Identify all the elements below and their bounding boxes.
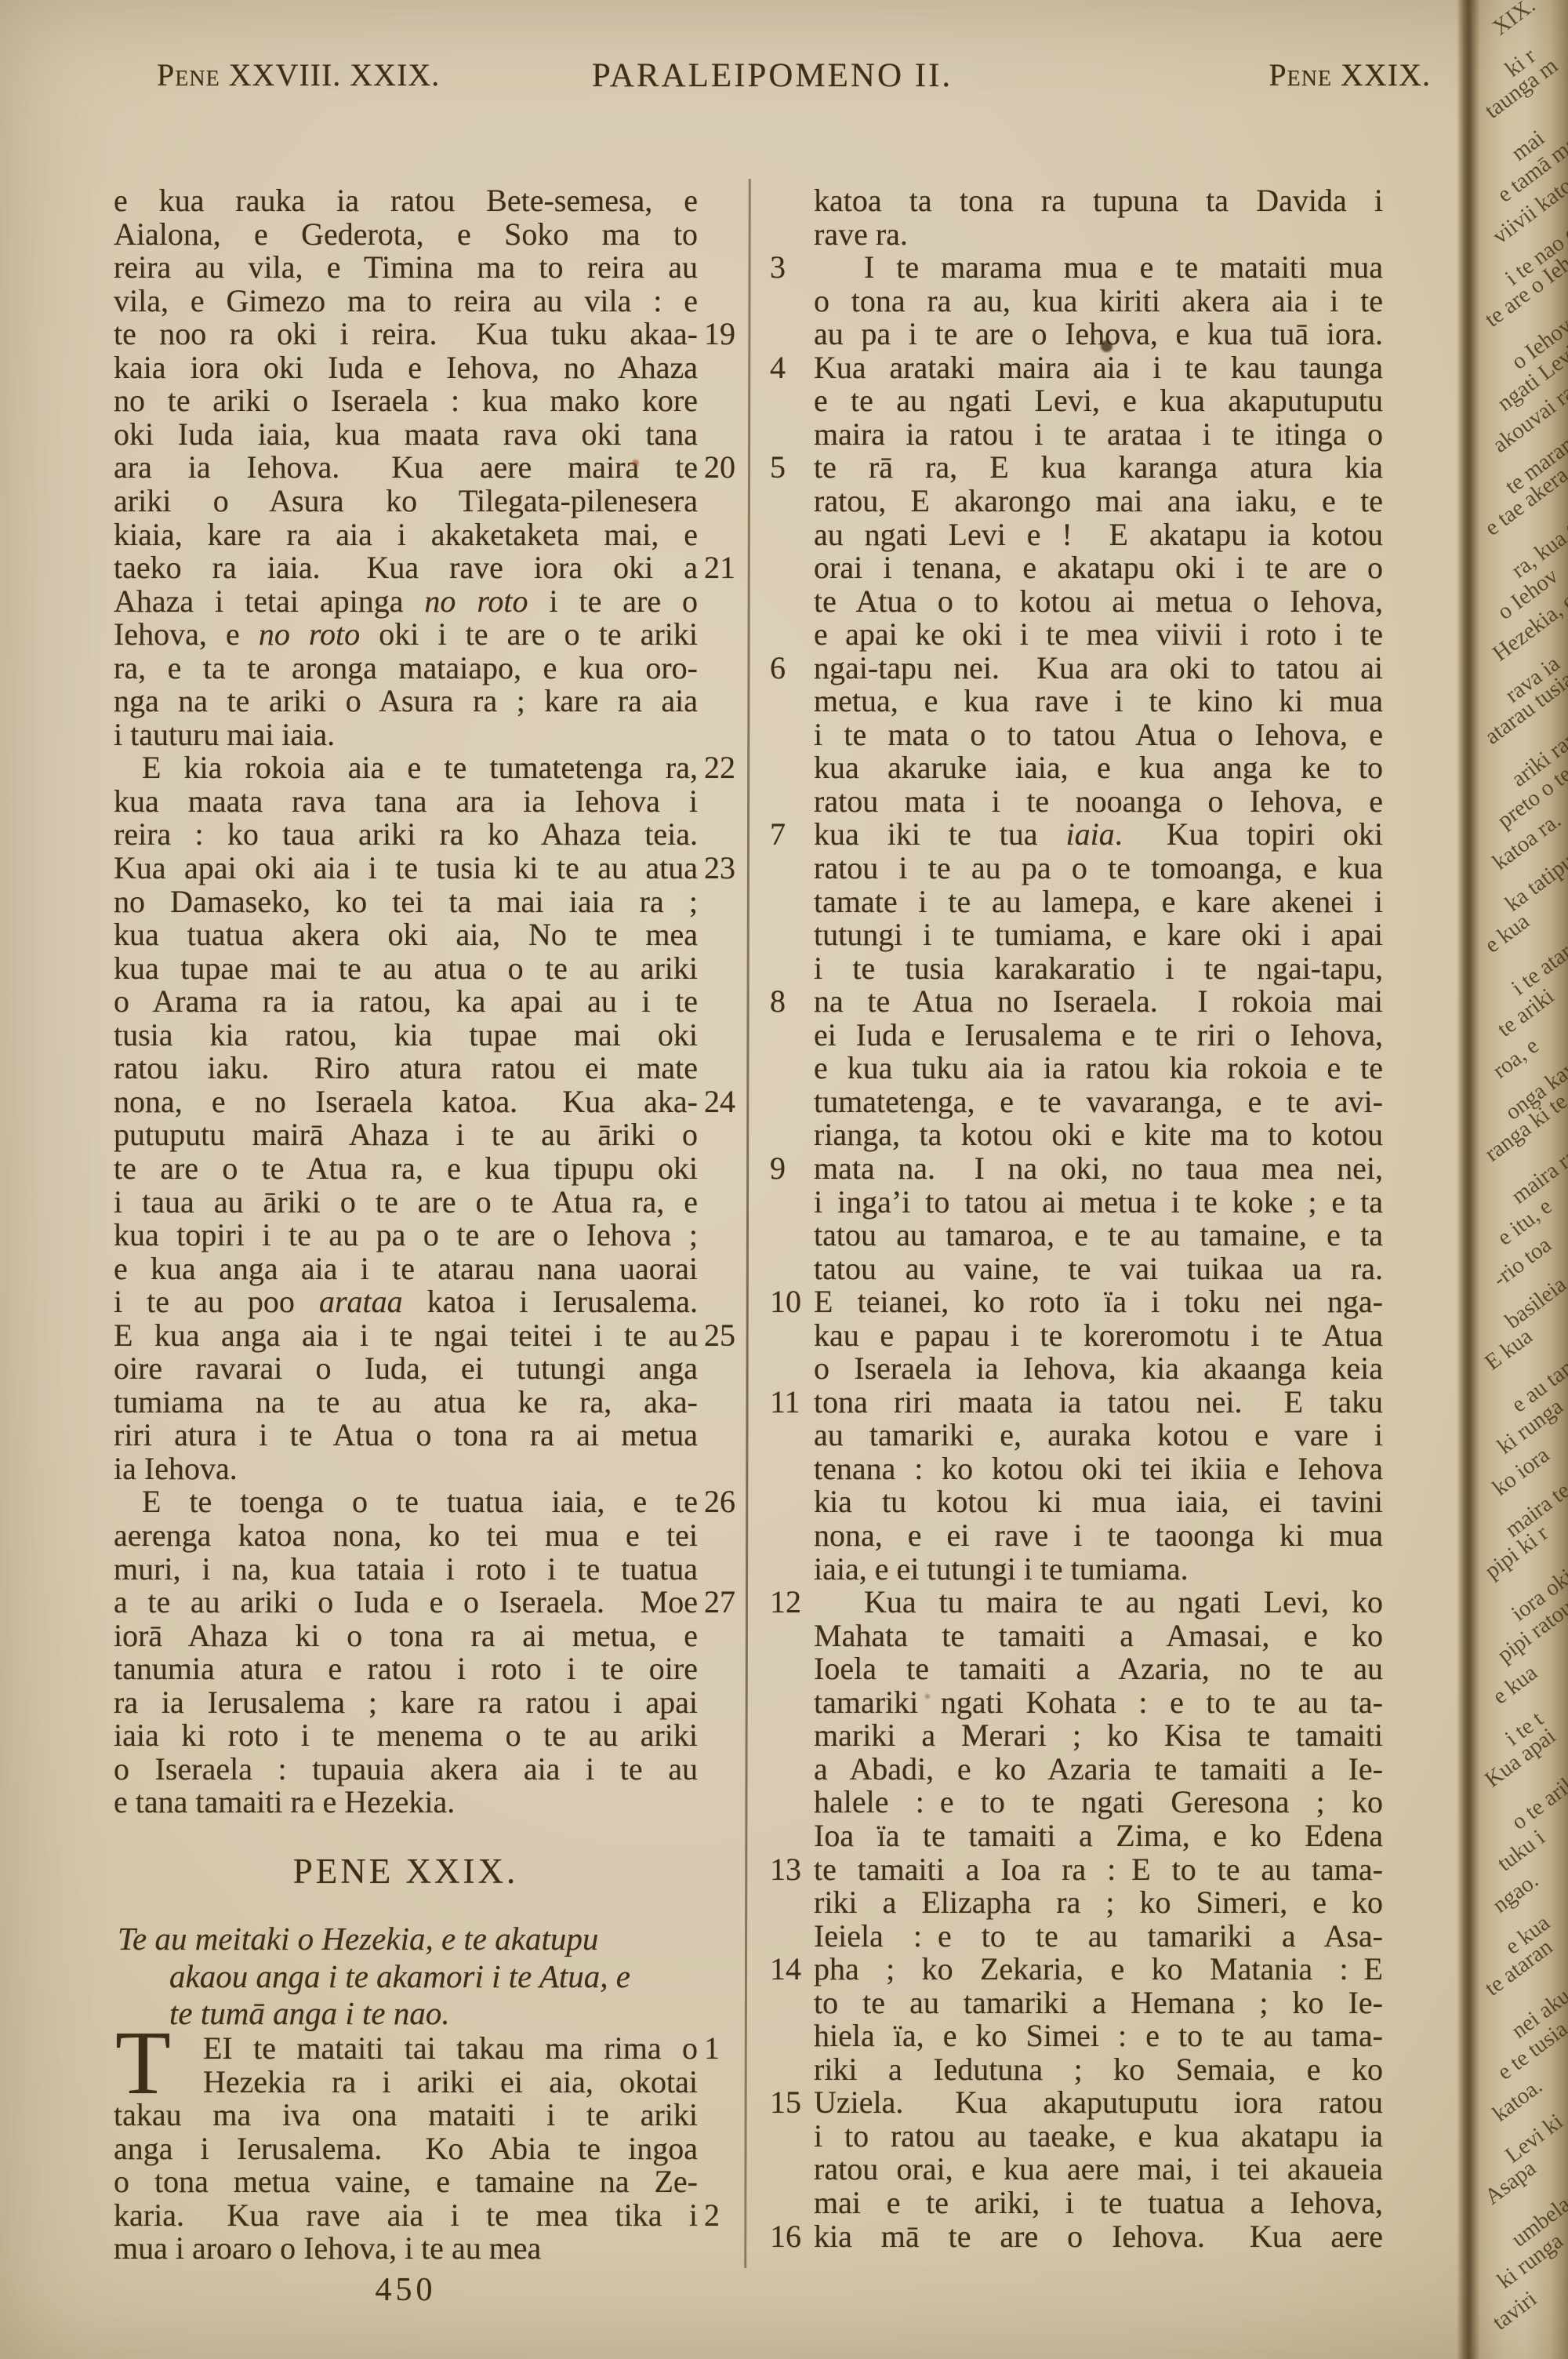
plain-text: a te au ariki o Iuda e o Iseraela. Moe bbox=[114, 1584, 698, 1619]
text-line: o Arama ra ia ratou, ka apai au i te bbox=[114, 983, 698, 1020]
plain-text: rave ra. bbox=[814, 216, 908, 252]
plain-text: ratou iaku. Riro atura ratou ei mate bbox=[114, 1050, 698, 1085]
plain-text: tanumia atura e ratou i roto i te oire bbox=[114, 1651, 698, 1686]
text-line: ra ia Ierusalema ; kare ra ratou i apai bbox=[114, 1684, 698, 1721]
plain-text: e tana tamaiti ra e Hezekia. bbox=[114, 1784, 455, 1819]
text-line: karia. Kua rave aia i te mea tika i2 bbox=[114, 2197, 698, 2234]
page-edge-fragment: taviri bbox=[1488, 2286, 1542, 2335]
plain-text: Uziela. Kua akaputuputu iora ratou bbox=[814, 2085, 1383, 2120]
verse-number: 3 bbox=[770, 249, 806, 285]
plain-text: te Atua o to kotou ai metua o Iehova, bbox=[814, 583, 1383, 619]
plain-text: kia tu kotou ki mua iaia, ei tavini bbox=[814, 1484, 1383, 1519]
plain-text: halele : e to te ngati Geresona ; ko bbox=[814, 1784, 1383, 1819]
plain-text: mua i aroaro o Iehova, i te au mea bbox=[114, 2230, 541, 2266]
verse-number: 20 bbox=[704, 449, 746, 485]
plain-text: reira : ko taua ariki ra ko Ahaza teia. bbox=[114, 816, 698, 852]
plain-text: EI te mataiti tai takau ma rima o bbox=[203, 2030, 698, 2066]
plain-text: metua, e kua rave i te kino ki mua bbox=[814, 683, 1383, 718]
text-line: kua topiri i te au pa o te are o Iehova … bbox=[114, 1216, 698, 1253]
plain-text: tatou au vaine, te vai tuikaa ua ra. bbox=[814, 1251, 1383, 1286]
text-line: a Abadi, e ko Azaria te tamaiti a Ie- bbox=[814, 1750, 1383, 1787]
text-line: mariki a Merari ; ko Kisa te tamaiti bbox=[814, 1717, 1383, 1754]
plain-text: tumiama na te au atua ke ra, aka- bbox=[114, 1384, 698, 1419]
text-line: halele : e to te ngati Geresona ; ko bbox=[814, 1783, 1383, 1820]
plain-text: i tauturu mai iaia. bbox=[114, 717, 335, 752]
plain-text: orai i tenana, e akatapu oki i te are o bbox=[814, 550, 1383, 585]
plain-text: anga i Ierusalema. Ko Abia te ingoa bbox=[114, 2131, 698, 2166]
text-line: nona, e ei rave i te taoonga ki mua bbox=[814, 1517, 1383, 1554]
verse-number: 25 bbox=[704, 1317, 746, 1354]
text-line: pha ; ko Zekaria, e ko Matania : E14 bbox=[814, 1950, 1383, 1987]
verse-number: 6 bbox=[770, 649, 806, 686]
plain-text: taeko ra iaia. Kua rave iora oki a bbox=[114, 550, 698, 585]
plain-text: ratou orai, e kua aere mai, i tei akauei… bbox=[814, 2151, 1383, 2186]
text-line: tumiama na te au atua ke ra, aka- bbox=[114, 1383, 698, 1420]
plain-text: iaia, e ei tutungi i te tumiama. bbox=[814, 1551, 1189, 1587]
plain-text: maira ia ratou i te arataa i te itinga o bbox=[814, 416, 1383, 452]
plain-text: e kua anga aia i te atarau nana uaorai bbox=[114, 1251, 698, 1286]
plain-text: Ieiela : e to te au tamariki a Asa- bbox=[814, 1918, 1383, 1954]
text-line: tamate i te au lamepa, e kare akenei i bbox=[814, 883, 1383, 920]
text-line: Ieiela : e to te au tamariki a Asa- bbox=[814, 1917, 1383, 1954]
text-line: taeko ra iaia. Kua rave iora oki a21 bbox=[114, 549, 698, 586]
plain-text: o tona metua vaine, e tamaine na Ze- bbox=[114, 2164, 698, 2199]
text-line: E teianei, ko roto ïa i toku nei nga-10 bbox=[814, 1283, 1383, 1320]
text-line: no te ariki o Iseraela : kua mako kore bbox=[114, 382, 698, 419]
verse-number: 4 bbox=[770, 349, 806, 386]
text-line: mata na. I na oki, no taua mea nei,9 bbox=[814, 1150, 1383, 1187]
text-line: au tamariki e, auraka kotou e vare i bbox=[814, 1416, 1383, 1453]
text-line: oire ravarai o Iuda, ei tutungi anga bbox=[114, 1350, 698, 1387]
chapter-summary-line: te tumā anga i te nao. bbox=[169, 1994, 765, 2032]
text-line: o Iseraela ia Iehova, kia akaanga keia bbox=[814, 1350, 1383, 1387]
plain-text: kua topiri i te au pa o te are o Iehova … bbox=[114, 1217, 698, 1252]
verse-number: 19 bbox=[704, 315, 746, 352]
plain-text: kua tupae mai te au atua o te au ariki bbox=[114, 951, 698, 986]
plain-text: katoa i Ierusalema. bbox=[403, 1284, 698, 1319]
verse-number: 14 bbox=[770, 1950, 806, 1987]
plain-text: Iehova, e bbox=[114, 616, 259, 652]
page-edge-fragment: E kua bbox=[1480, 1324, 1537, 1376]
ink-blot bbox=[632, 460, 639, 467]
plain-text: Kua tu maira te au ngati Levi, ko bbox=[864, 1584, 1383, 1619]
text-line: metua, e kua rave i te kino ki mua bbox=[814, 682, 1383, 719]
text-line: ratou mata i te nooanga o Iehova, e bbox=[814, 783, 1383, 820]
text-line: kau e papau i te koreromotu i te Atua bbox=[814, 1317, 1383, 1354]
verse-number: 26 bbox=[704, 1483, 746, 1520]
plain-text: pha ; ko Zekaria, e ko Matania : E bbox=[814, 1951, 1383, 1986]
text-line: ratou, E akarongo mai ana iaku, e te bbox=[814, 482, 1383, 519]
plain-text: i te mata o to tatou Atua o Iehova, e bbox=[814, 717, 1383, 752]
text-line: tutungi i te tumiama, e kare oki i apai bbox=[814, 916, 1383, 953]
chapter-summary-line: Te au meitaki o Hezekia, e te akatupu bbox=[118, 1920, 713, 1957]
plain-text: ra ia Ierusalema ; kare ra ratou i apai bbox=[114, 1685, 698, 1720]
text-line: o Iseraela : tupauia akera aia i te au bbox=[114, 1750, 698, 1787]
verse-number: 11 bbox=[770, 1383, 806, 1420]
text-line: kua akaruke iaia, e kua anga ke to bbox=[814, 749, 1383, 786]
text-line: tatou au tamaroa, e te au tamaine, e ta bbox=[814, 1216, 1383, 1253]
text-line: rave ra. bbox=[814, 216, 1383, 253]
text-line: Hezekia ra i ariki ei aia, okotai bbox=[114, 2063, 698, 2100]
text-line: au ngati Levi e ! E akatapu ia kotou bbox=[814, 516, 1383, 553]
plain-text: Ahaza i tetai apinga bbox=[114, 583, 424, 619]
page-edge-fragment: e kua bbox=[1480, 909, 1534, 959]
text-line: kaia iora oki Iuda e Iehova, no Ahaza bbox=[114, 349, 698, 386]
italic-text: no roto bbox=[259, 616, 360, 652]
text-line: Ioa ïa te tamaiti a Zima, e ko Edena bbox=[814, 1817, 1383, 1854]
text-line: orai i tenana, e akatapu oki i te are o bbox=[814, 549, 1383, 586]
verse-number: 8 bbox=[770, 983, 806, 1020]
text-line: muri, i na, kua tataia i roto i te tuatu… bbox=[114, 1550, 698, 1587]
plain-text: kaia iora oki Iuda e Iehova, no Ahaza bbox=[114, 350, 698, 385]
text-line: ariki o Asura ko Tilegata-pilenesera bbox=[114, 482, 698, 519]
text-line: tenana : ko kotou oki tei ikiia e Iehova bbox=[814, 1450, 1383, 1487]
ink-blot bbox=[925, 1694, 930, 1699]
page-edge-fragment: ngao. bbox=[1488, 1868, 1544, 1919]
italic-text: arataa bbox=[319, 1284, 403, 1319]
text-line: ratou i te au pa o te tomoanga, e kua bbox=[814, 849, 1383, 886]
text-line: to te au tamariki a Hemana ; ko Ie- bbox=[814, 1984, 1383, 2021]
plain-text: au ngati Levi e ! E akatapu ia kotou bbox=[814, 517, 1383, 552]
text-line: Mahata te tamaiti a Amasai, e ko bbox=[814, 1617, 1383, 1654]
text-line: tatou au vaine, te vai tuikaa ua ra. bbox=[814, 1250, 1383, 1287]
text-line: mua i aroaro o Iehova, i te au mea bbox=[114, 2230, 698, 2266]
text-line: hiela ïa, e ko Simei : e to te au tama- bbox=[814, 2017, 1383, 2054]
text-line: na te Atua no Iseraela. I rokoia mai8 bbox=[814, 983, 1383, 1020]
plain-text: iaia ki roto i te menema o te au ariki bbox=[114, 1717, 698, 1753]
text-line: E kia rokoia aia e te tumatetenga ra,22 bbox=[114, 749, 698, 786]
page-edge-fragment: Asapa bbox=[1480, 2156, 1541, 2211]
running-head-right: Pene XXIX. bbox=[1269, 56, 1431, 93]
text-line: e tana tamaiti ra e Hezekia. bbox=[114, 1783, 698, 1820]
text-line: te rā ra, E kua karanga atura kia5 bbox=[814, 449, 1383, 485]
plain-text: i te tusia karakaratio i te ngai-tapu, bbox=[814, 951, 1383, 986]
plain-text: ariki o Asura ko Tilegata-pilenesera bbox=[114, 483, 698, 518]
verse-number: 5 bbox=[770, 449, 806, 485]
text-line: kua maata rava tana ara ia Iehova i bbox=[114, 783, 698, 820]
page-edge-fragment: roa, e bbox=[1488, 1033, 1544, 1084]
text-line: kiaia, kare ra aia i akaketaketa mai, e bbox=[114, 516, 698, 553]
plain-text: e apai ke oki i te mea viivii i roto i t… bbox=[814, 616, 1383, 652]
verse-number: 23 bbox=[704, 849, 746, 886]
plain-text: tamate i te au lamepa, e kare akenei i bbox=[814, 884, 1383, 919]
page-number: 450 bbox=[114, 2271, 698, 2309]
text-line: kua tupae mai te au atua o te au ariki bbox=[114, 950, 698, 987]
plain-text: Kua apai oki aia i te tusia ki te au atu… bbox=[114, 850, 698, 885]
plain-text: tusia kia ratou, kia tupae mai oki bbox=[114, 1017, 698, 1052]
plain-text: te tamaiti a Ioa ra : E to te au tama- bbox=[814, 1852, 1383, 1887]
verse-number: 22 bbox=[704, 749, 746, 786]
text-line: kia mā te are o Iehova. Kua aere16 bbox=[814, 2218, 1383, 2255]
text-line: reira au vila, e Timina ma to reira au bbox=[114, 249, 698, 285]
plain-text: riki a Iedutuna ; ko Semaia, e ko bbox=[814, 2052, 1383, 2087]
plain-text: ngai-tapu nei. Kua ara oki to tatou ai bbox=[814, 650, 1383, 685]
plain-text: oki i te are o te ariki bbox=[360, 616, 698, 652]
text-line: riki a Iedutuna ; ko Semaia, e ko bbox=[814, 2051, 1383, 2088]
text-line: iaia ki roto i te menema o te au ariki bbox=[114, 1717, 698, 1754]
text-line: a te au ariki o Iuda e o Iseraela. Moe27 bbox=[114, 1583, 698, 1620]
text-line: katoa ta tona ra tupuna ta Davida i bbox=[814, 182, 1383, 219]
text-line: tanumia atura e ratou i roto i te oire bbox=[114, 1650, 698, 1687]
text-line: e apai ke oki i te mea viivii i roto i t… bbox=[814, 616, 1383, 652]
plain-text: i taua au āriki o te are o te Atua ra, e bbox=[114, 1184, 698, 1219]
plain-text: nona, e no Iseraela katoa. Kua aka- bbox=[114, 1084, 698, 1119]
chapter-summary-line: akaou anga i te akamori i te Atua, e bbox=[169, 1957, 765, 1995]
plain-text: mai e te ariki, i te tuatua a Iehova, bbox=[814, 2185, 1383, 2220]
plain-text: E teianei, ko roto ïa i toku nei nga- bbox=[814, 1284, 1383, 1319]
plain-text: kua iki te tua bbox=[814, 816, 1066, 852]
verse-number: 9 bbox=[770, 1150, 806, 1187]
text-line: iaia, e ei tutungi i te tumiama. bbox=[814, 1550, 1383, 1587]
plain-text: ara ia Iehova. Kua aere maira te bbox=[114, 449, 698, 485]
verse-number: 13 bbox=[770, 1851, 806, 1888]
verse-number: 21 bbox=[704, 549, 746, 586]
text-line: ratou iaku. Riro atura ratou ei mate bbox=[114, 1049, 698, 1086]
text-line: Ioela te tamaiti a Azaria, no te au bbox=[814, 1650, 1383, 1687]
text-line: oki Iuda iaia, kua maata rava oki tana bbox=[114, 416, 698, 453]
plain-text: karia. Kua rave aia i te mea tika i bbox=[114, 2197, 698, 2233]
plain-text: hiela ïa, e ko Simei : e to te au tama- bbox=[814, 2018, 1383, 2053]
plain-text: kua akaruke iaia, e kua anga ke to bbox=[814, 750, 1383, 785]
verse-number: 10 bbox=[770, 1283, 806, 1320]
text-line: te noo ra oki i reira. Kua tuku akaa-19 bbox=[114, 315, 698, 352]
text-line: vila, e Gimezo ma to reira au vila : e bbox=[114, 282, 698, 319]
plain-text: a Abadi, e ko Azaria te tamaiti a Ie- bbox=[814, 1751, 1383, 1787]
plain-text: tatou au tamaroa, e te au tamaine, e ta bbox=[814, 1217, 1383, 1252]
text-line: Kua apai oki aia i te tusia ki te au atu… bbox=[114, 849, 698, 886]
running-head-left: Pene XXVIII. XXIX. bbox=[157, 56, 440, 93]
plain-text: o Arama ra ia ratou, ka apai au i te bbox=[114, 983, 698, 1019]
plain-text: ratou, E akarongo mai ana iaku, e te bbox=[814, 483, 1383, 518]
text-line: Iehova, e no roto oki i te are o te arik… bbox=[114, 616, 698, 652]
verse-number: 16 bbox=[770, 2218, 806, 2255]
plain-text: vila, e Gimezo ma to reira au vila : e bbox=[114, 283, 698, 318]
plain-text: te are o te Atua ra, e kua tipupu oki bbox=[114, 1150, 698, 1186]
text-line: o tona ra au, kua kiriti akera aia i te bbox=[814, 282, 1383, 319]
plain-text: muri, i na, kua tataia i roto i te tuatu… bbox=[114, 1551, 698, 1587]
plain-text: i te are o bbox=[528, 583, 698, 619]
ink-blot bbox=[1101, 340, 1112, 352]
book-page-scan: Pene XXVIII. XXIX. PARALEIPOMENO II. Pen… bbox=[0, 0, 1568, 2359]
text-line: kua tuatua akera oki aia, No te mea bbox=[114, 916, 698, 953]
plain-text: Hezekia ra i ariki ei aia, okotai bbox=[203, 2064, 698, 2099]
plain-text: kau e papau i te koreromotu i te Atua bbox=[814, 1318, 1383, 1353]
plain-text: au tamariki e, auraka kotou e vare i bbox=[814, 1417, 1383, 1452]
plain-text: Aialona, e Gederota, e Soko ma to bbox=[114, 216, 698, 252]
running-head-title: PARALEIPOMENO II. bbox=[592, 56, 953, 95]
plain-text: tutungi i te tumiama, e kare oki i apai bbox=[814, 917, 1383, 952]
chapter-heading: PENE XXIX. bbox=[114, 1851, 698, 1892]
text-line: te tamaiti a Ioa ra : E to te au tama-13 bbox=[814, 1851, 1383, 1888]
plain-text: ratou i te au pa o te tomoanga, e kua bbox=[814, 850, 1383, 885]
text-line: maira ia ratou i te arataa i te itinga o bbox=[814, 416, 1383, 453]
text-line: i te tusia karakaratio i te ngai-tapu, bbox=[814, 950, 1383, 987]
plain-text: ratou mata i te nooanga o Iehova, e bbox=[814, 783, 1383, 819]
plain-text: E kua anga aia i te ngai teitei i te au bbox=[114, 1318, 698, 1353]
text-line: ratou orai, e kua aere mai, i tei akauei… bbox=[814, 2150, 1383, 2187]
plain-text: no Damaseko, ko tei ta mai iaia ra ; bbox=[114, 884, 698, 919]
plain-text: E kia rokoia aia e te tumatetenga ra, bbox=[142, 750, 698, 785]
plain-text: kiaia, kare ra aia i akaketaketa mai, e bbox=[114, 517, 698, 552]
plain-text: nga na te ariki o Asura ra ; kare ra aia bbox=[114, 683, 698, 718]
plain-text: to te au tamariki a Hemana ; ko Ie- bbox=[814, 1985, 1383, 2020]
text-line: rianga, ta kotou oki e kite ma to kotou bbox=[814, 1116, 1383, 1153]
text-line: tamariki ngati Kohata : e to te au ta- bbox=[814, 1684, 1383, 1721]
text-line: I te marama mua e te mataiti mua3 bbox=[814, 249, 1383, 285]
plain-text: i to ratou au taeake, e kua akatapu ia bbox=[814, 2118, 1383, 2154]
text-line: te are o te Atua ra, e kua tipupu oki bbox=[114, 1150, 698, 1187]
text-line: iorā Ahaza ki o tona ra ai metua, e bbox=[114, 1617, 698, 1654]
plain-text: rianga, ta kotou oki e kite ma to kotou bbox=[814, 1117, 1383, 1152]
plain-text: te rā ra, E kua karanga atura kia bbox=[814, 449, 1383, 485]
plain-text: tenana : ko kotou oki tei ikiia e Iehova bbox=[814, 1451, 1383, 1486]
text-line: E te toenga o te tuatua iaia, e te26 bbox=[114, 1483, 698, 1520]
plain-text: o Iseraela ia Iehova, kia akaanga keia bbox=[814, 1350, 1383, 1386]
text-line: e kua rauka ia ratou Bete-semesa, e bbox=[114, 182, 698, 219]
plain-text: ia Iehova. bbox=[114, 1451, 238, 1486]
text-line: te Atua o to kotou ai metua o Iehova, bbox=[814, 583, 1383, 620]
text-line: au pa i te are o Iehova, e kua tuā iora. bbox=[814, 315, 1383, 352]
text-line: riki a Elizapha ra ; ko Simeri, e ko bbox=[814, 1884, 1383, 1921]
text-line: i te au poo arataa katoa i Ierusalema. bbox=[114, 1283, 698, 1320]
plain-text: aerenga katoa nona, ko tei mua e tei bbox=[114, 1518, 698, 1553]
plain-text: Kua arataki maira aia i te kau taunga bbox=[814, 350, 1383, 385]
plain-text: kua tuatua akera oki aia, No te mea bbox=[114, 917, 698, 952]
text-line: i taua au āriki o te are o te Atua ra, e bbox=[114, 1183, 698, 1220]
plain-text: e kua tuku aia ia ratou kia rokoia e te bbox=[814, 1050, 1383, 1085]
text-line: kua iki te tua iaia. Kua topiri oki7 bbox=[814, 816, 1383, 852]
text-line: o tona metua vaine, e tamaine na Ze- bbox=[114, 2163, 698, 2200]
verse-number: 24 bbox=[704, 1083, 746, 1120]
text-line: i te mata o to tatou Atua o Iehova, e bbox=[814, 716, 1383, 753]
text-line: Uziela. Kua akaputuputu iora ratou15 bbox=[814, 2084, 1383, 2121]
text-line: nona, e no Iseraela katoa. Kua aka-24 bbox=[114, 1083, 698, 1120]
plain-text: riki a Elizapha ra ; ko Simeri, e ko bbox=[814, 1885, 1383, 1920]
text-line: i to ratou au taeake, e kua akatapu ia bbox=[814, 2117, 1383, 2154]
text-line: Ahaza i tetai apinga no roto i te are o bbox=[114, 583, 698, 620]
plain-text: ra, e ta te aronga mataiapo, e kua oro- bbox=[114, 650, 698, 685]
text-line: ei Iuda e Ierusalema e te riri o Iehova, bbox=[814, 1016, 1383, 1053]
page-edge-fragment: e kua bbox=[1488, 1660, 1542, 1710]
verse-number: 1 bbox=[704, 2030, 746, 2066]
plain-text: tumatetenga, e te vavaranga, e te avi- bbox=[814, 1084, 1383, 1119]
plain-text: na te Atua no Iseraela. I rokoia mai bbox=[814, 983, 1383, 1019]
text-line: nga na te ariki o Asura ra ; kare ra aia bbox=[114, 682, 698, 719]
plain-text: nona, e ei rave i te taoonga ki mua bbox=[814, 1518, 1383, 1553]
plain-text: mariki a Merari ; ko Kisa te tamaiti bbox=[814, 1717, 1383, 1753]
plain-text: katoa ta tona ra tupuna ta Davida i bbox=[814, 183, 1383, 218]
plain-text: no te ariki o Iseraela : kua mako kore bbox=[114, 383, 698, 418]
text-line: e kua tuku aia ia ratou kia rokoia e te bbox=[814, 1049, 1383, 1086]
text-line: anga i Ierusalema. Ko Abia te ingoa bbox=[114, 2130, 698, 2167]
plain-text: oire ravarai o Iuda, ei tutungi anga bbox=[114, 1350, 698, 1386]
plain-text: putuputu mairā Ahaza i te au āriki o bbox=[114, 1117, 698, 1152]
plain-text: tona riri maata ia tatou nei. E taku bbox=[814, 1384, 1383, 1419]
text-line: kia tu kotou ki mua iaia, ei tavini bbox=[814, 1483, 1383, 1520]
verse-number: 12 bbox=[770, 1583, 806, 1620]
text-line: tusia kia ratou, kia tupae mai oki bbox=[114, 1016, 698, 1053]
plain-text: E te toenga o te tuatua iaia, e te bbox=[142, 1484, 698, 1519]
text-line: e te au ngati Levi, e kua akaputuputu bbox=[814, 382, 1383, 419]
text-line: aerenga katoa nona, ko tei mua e tei bbox=[114, 1517, 698, 1554]
text-line: Aialona, e Gederota, e Soko ma to bbox=[114, 216, 698, 253]
plain-text: ei Iuda e Ierusalema e te riri o Iehova, bbox=[814, 1017, 1383, 1052]
plain-text: tamariki ngati Kohata : e to te au ta- bbox=[814, 1685, 1383, 1720]
text-line: EI te mataiti tai takau ma rima o1 bbox=[114, 2030, 698, 2066]
italic-text: iaia bbox=[1066, 816, 1115, 852]
text-line: tumatetenga, e te vavaranga, e te avi- bbox=[814, 1083, 1383, 1120]
plain-text: o Iseraela : tupauia akera aia i te au bbox=[114, 1751, 698, 1787]
verse-number: 15 bbox=[770, 2084, 806, 2121]
text-line: mai e te ariki, i te tuatua a Iehova, bbox=[814, 2184, 1383, 2221]
plain-text: kia mā te are o Iehova. Kua aere bbox=[814, 2219, 1383, 2254]
text-line: ra, e ta te aronga mataiapo, e kua oro- bbox=[114, 649, 698, 686]
plain-text: mata na. I na oki, no taua mea nei, bbox=[814, 1150, 1383, 1186]
plain-text: oki Iuda iaia, kua maata rava oki tana bbox=[114, 416, 698, 452]
plain-text: o tona ra au, kua kiriti akera aia i te bbox=[814, 283, 1383, 318]
plain-text: e kua rauka ia ratou Bete-semesa, e bbox=[114, 183, 698, 218]
verse-number: 2 bbox=[704, 2197, 746, 2234]
plain-text: iorā Ahaza ki o tona ra ai metua, e bbox=[114, 1618, 698, 1653]
plain-text: kua maata rava tana ara ia Iehova i bbox=[114, 783, 698, 819]
verse-number: 27 bbox=[704, 1583, 746, 1620]
text-line: riri atura i te Atua o tona ra ai metua bbox=[114, 1416, 698, 1453]
plain-text: takau ma iva ona mataiti i te ariki bbox=[114, 2097, 698, 2132]
text-line: tona riri maata ia tatou nei. E taku11 bbox=[814, 1383, 1383, 1420]
plain-text: i inga’i to tatou ai metua i te koke ; e… bbox=[814, 1184, 1383, 1219]
verse-number: 7 bbox=[770, 816, 806, 852]
italic-text: no roto bbox=[424, 583, 528, 619]
next-page-edge: XIX.ki rtaunga mmaie tamā maiviivii kato… bbox=[1457, 0, 1568, 2359]
text-line: no Damaseko, ko tei ta mai iaia ra ; bbox=[114, 883, 698, 920]
text-line: Kua tu maira te au ngati Levi, ko12 bbox=[814, 1583, 1383, 1620]
plain-text: au pa i te are o Iehova, e kua tuā iora. bbox=[814, 316, 1383, 351]
text-line: E kua anga aia i te ngai teitei i te au2… bbox=[114, 1317, 698, 1354]
plain-text: Ioa ïa te tamaiti a Zima, e ko Edena bbox=[814, 1818, 1383, 1853]
page-edge-fragment: XIX. bbox=[1488, 0, 1541, 41]
plain-text: riri atura i te Atua o tona ra ai metua bbox=[114, 1417, 698, 1452]
plain-text: te noo ra oki i reira. Kua tuku akaa- bbox=[114, 316, 698, 351]
text-line: ngai-tapu nei. Kua ara oki to tatou ai6 bbox=[814, 649, 1383, 686]
text-line: reira : ko taua ariki ra ko Ahaza teia. bbox=[114, 816, 698, 852]
text-line: i inga’i to tatou ai metua i te koke ; e… bbox=[814, 1183, 1383, 1220]
plain-text: Mahata te tamaiti a Amasai, e ko bbox=[814, 1618, 1383, 1653]
text-line: ia Iehova. bbox=[114, 1450, 698, 1487]
text-line: e kua anga aia i te atarau nana uaorai bbox=[114, 1250, 698, 1287]
text-line: ara ia Iehova. Kua aere maira te20 bbox=[114, 449, 698, 485]
text-line: Kua arataki maira aia i te kau taunga4 bbox=[814, 349, 1383, 386]
plain-text: e te au ngati Levi, e kua akaputuputu bbox=[814, 383, 1383, 418]
plain-text: reira au vila, e Timina ma to reira au bbox=[114, 249, 698, 285]
plain-text: Ioela te tamaiti a Azaria, no te au bbox=[814, 1651, 1383, 1686]
text-line: takau ma iva ona mataiti i te ariki bbox=[114, 2096, 698, 2133]
plain-text: i te au poo bbox=[114, 1284, 319, 1319]
plain-text: I te marama mua e te mataiti mua bbox=[864, 249, 1383, 285]
text-line: putuputu mairā Ahaza i te au āriki o bbox=[114, 1116, 698, 1153]
plain-text: . Kua topiri oki bbox=[1115, 816, 1383, 852]
column-rule bbox=[744, 179, 751, 2268]
text-line: i tauturu mai iaia. bbox=[114, 716, 698, 753]
